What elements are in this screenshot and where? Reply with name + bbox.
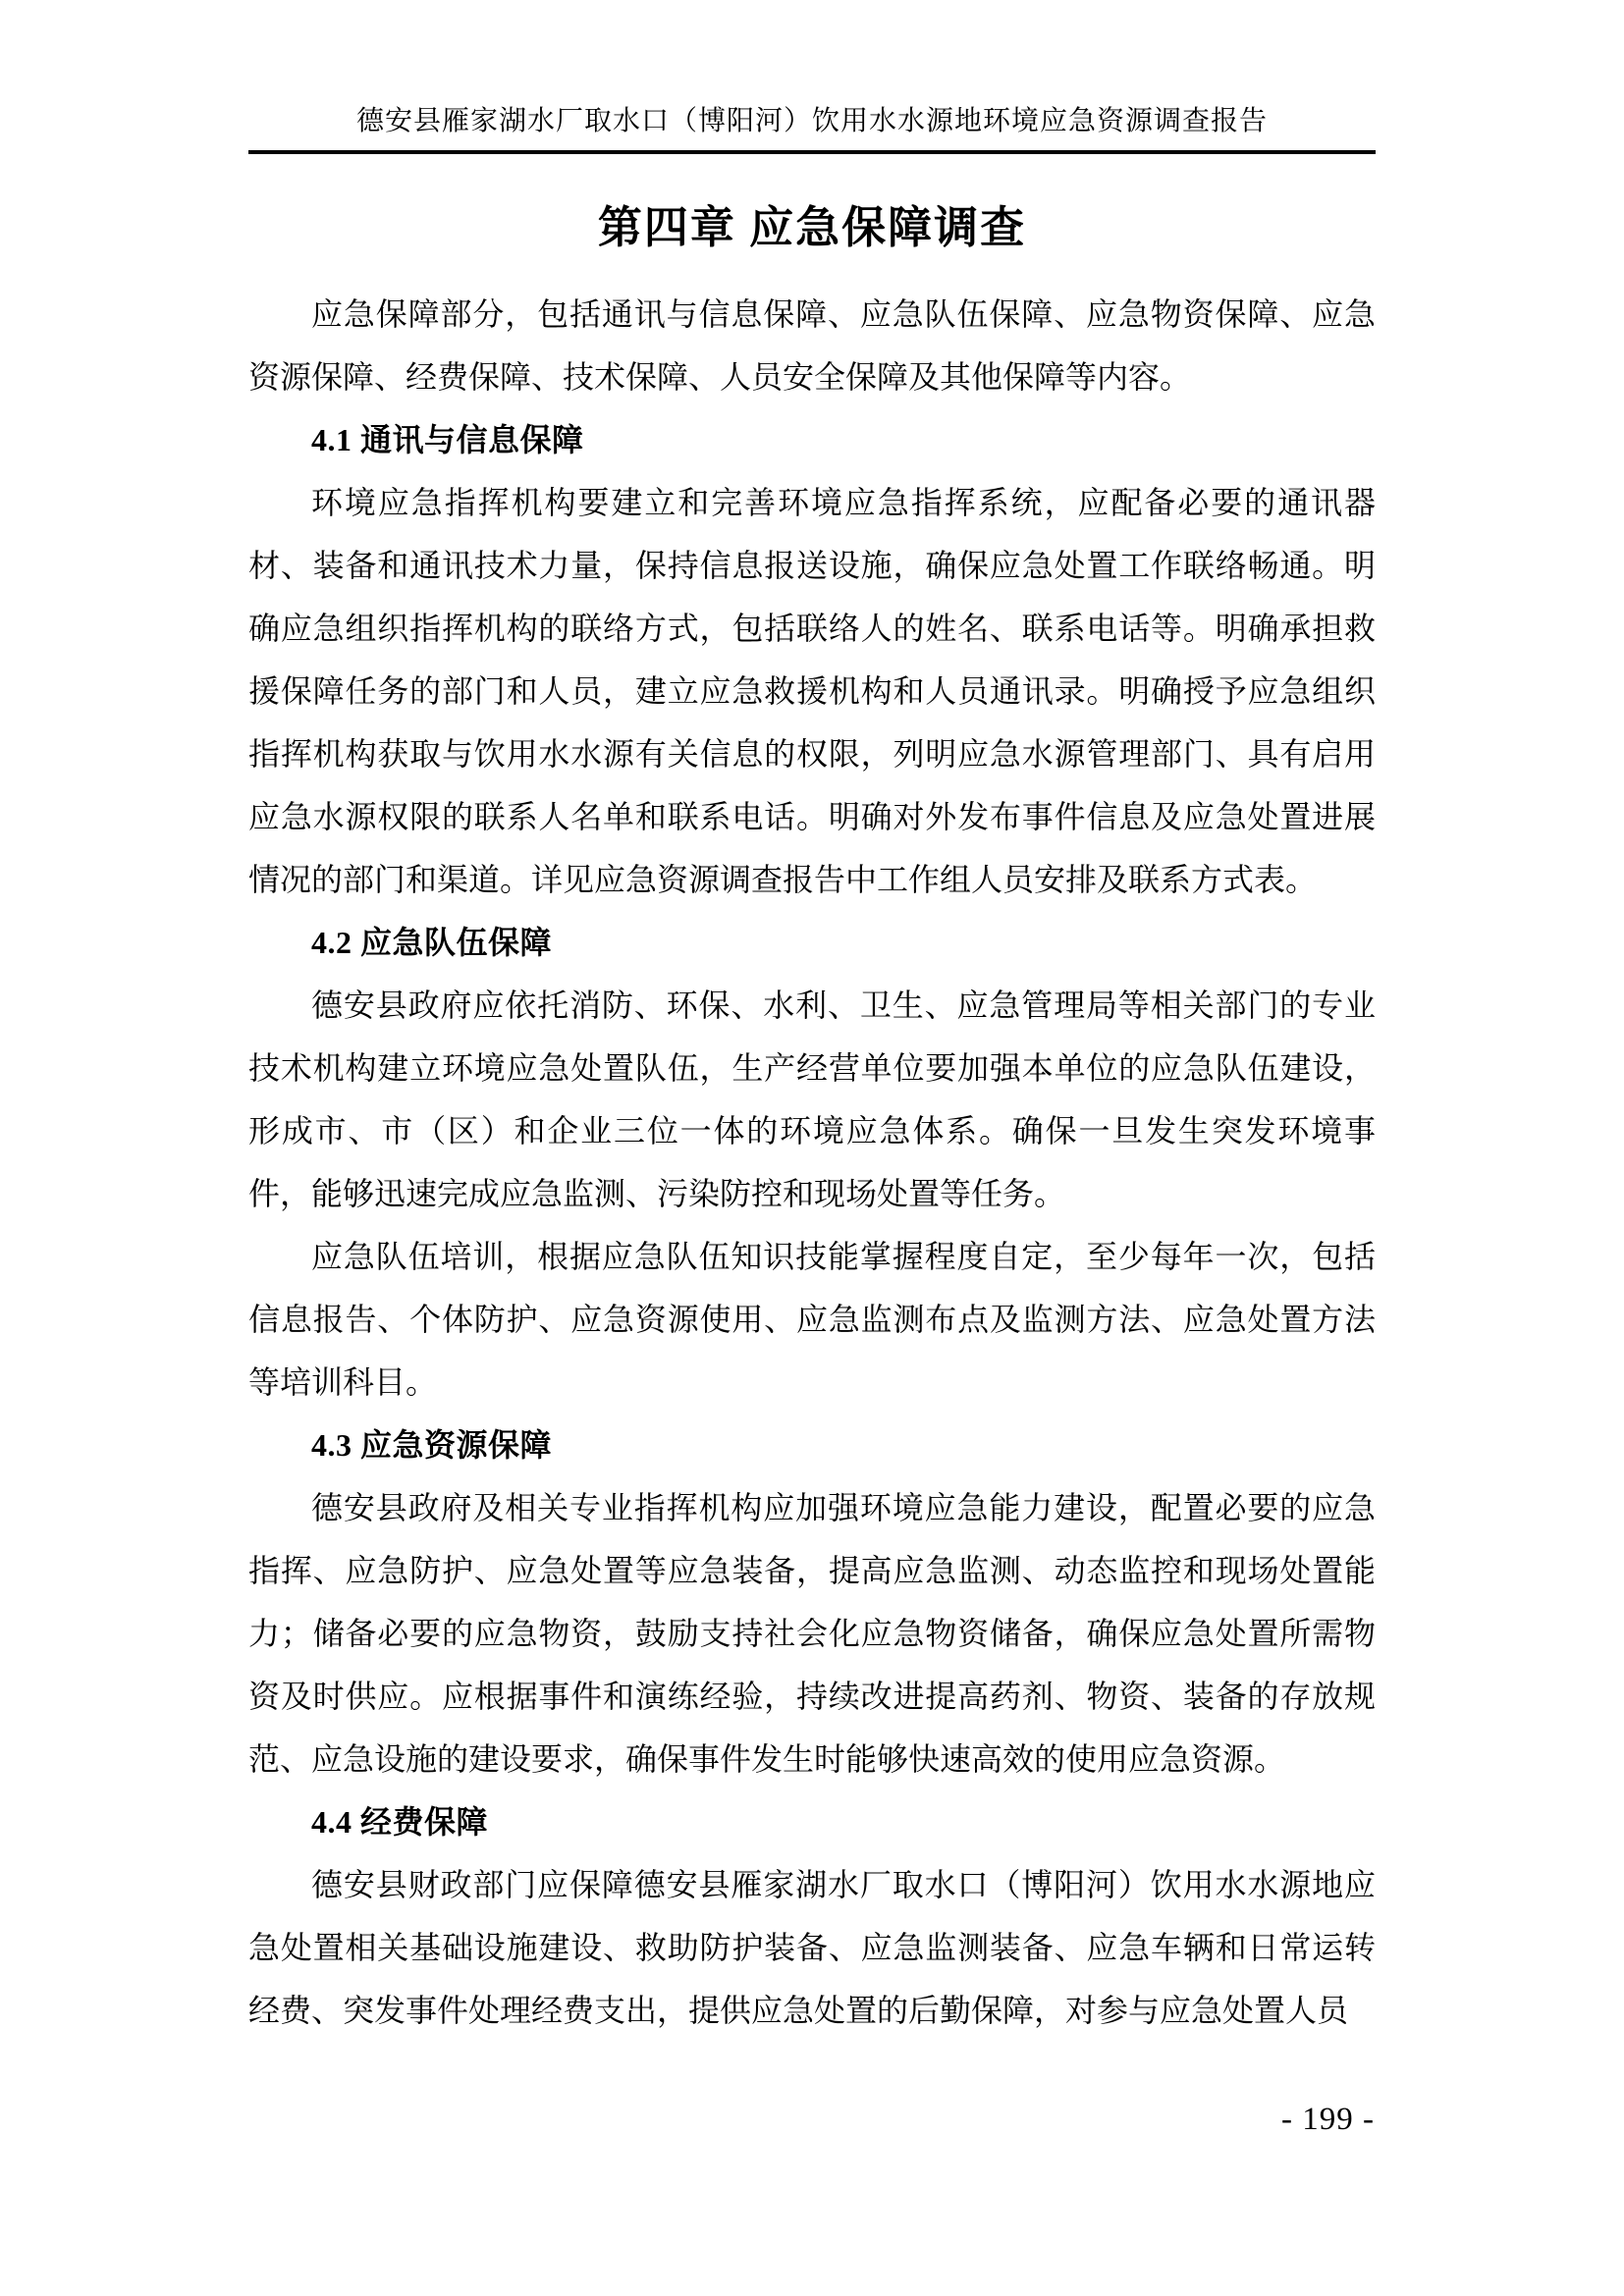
document-body: 应急保障部分，包括通讯与信息保障、应急队伍保障、应急物资保障、应急资源保障、经费…	[248, 283, 1376, 2042]
page-content: 德安县雁家湖水厂取水口（博阳河）饮用水水源地环境应急资源调查报告 第四章 应急保…	[248, 0, 1376, 2042]
document-page: 德安县雁家湖水厂取水口（博阳河）饮用水水源地环境应急资源调查报告 第四章 应急保…	[0, 0, 1624, 2296]
running-header-text: 德安县雁家湖水厂取水口（博阳河）饮用水水源地环境应急资源调查报告	[356, 106, 1268, 136]
section-heading: 4.3 应急资源保障	[248, 1414, 1376, 1476]
body-paragraph: 德安县政府及相关专业指挥机构应加强环境应急能力建设，配置必要的应急指挥、应急防护…	[248, 1476, 1376, 1790]
body-paragraph: 德安县财政部门应保障德安县雁家湖水厂取水口（博阳河）饮用水水源地应急处置相关基础…	[248, 1853, 1376, 2042]
body-paragraph: 德安县政府应依托消防、环保、水利、卫生、应急管理局等相关部门的专业技术机构建立环…	[248, 974, 1376, 1225]
section-heading: 4.1 通讯与信息保障	[248, 408, 1376, 471]
section-heading: 4.2 应急队伍保障	[248, 911, 1376, 974]
chapter-title: 第四章 应急保障调查	[248, 197, 1376, 258]
body-paragraph: 环境应急指挥机构要建立和完善环境应急指挥系统，应配备必要的通讯器材、装备和通讯技…	[248, 471, 1376, 911]
body-paragraph: 应急保障部分，包括通讯与信息保障、应急队伍保障、应急物资保障、应急资源保障、经费…	[248, 283, 1376, 408]
body-paragraph: 应急队伍培训，根据应急队伍知识技能掌握程度自定，至少每年一次，包括信息报告、个体…	[248, 1225, 1376, 1414]
page-number: - 199 -	[1281, 2097, 1375, 2142]
running-header: 德安县雁家湖水厂取水口（博阳河）饮用水水源地环境应急资源调查报告	[248, 0, 1376, 154]
section-heading: 4.4 经费保障	[248, 1790, 1376, 1853]
